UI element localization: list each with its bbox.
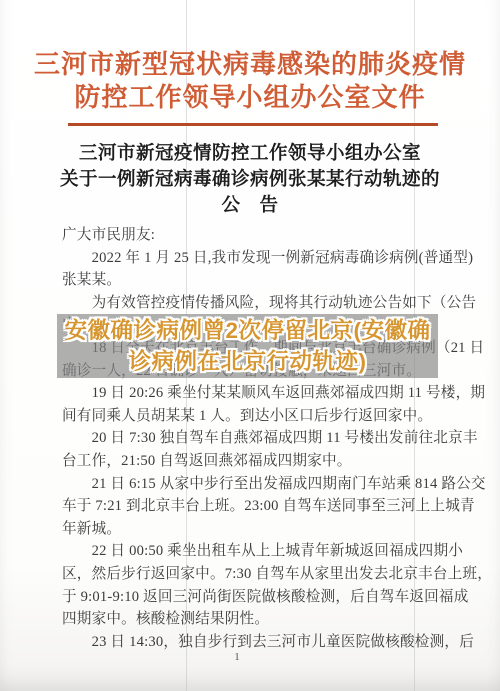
page-number: 1 [62,651,412,663]
letterhead-rule [68,123,438,126]
document-line: 间有同乘人员胡某某 1 人。到达小区口后步行返回家中。 [62,405,444,428]
document-title: 三河市新冠疫情防控工作领导小组办公室 关于一例新冠病毒确诊病例张某某行动轨迹的 … [0,141,500,219]
letterhead-line2: 防控工作领导小组办公室文件 [0,81,500,114]
news-caption-line2: 诊病例在北京行动轨迹) [129,346,367,378]
document-line: 19 日 20:26 乘坐付某某顺风车返回燕郊福成四期 11 号楼，期 [62,382,444,405]
document-title-line2: 关于一例新冠病毒确诊病例张某某行动轨迹的 [0,167,500,193]
document-line: 于 9:01-9:10 返回三河尚街医院做核酸检测，后自驾车返回福成 [62,586,444,609]
document-line: 广大市民朋友: [62,224,444,247]
document-line: 台工作，21:50 自驾返回燕郊福成四期家中。 [62,450,444,473]
document-line: 22 日 00:50 乘坐出租车从上上城青年新城返回福成四期小 [62,540,444,563]
document-page: 三河市新型冠状病毒感染的肺炎疫情 防控工作领导小组办公室文件 三河市新冠疫情防控… [0,0,500,691]
news-caption-line1: 安徽确诊病例曾2次停留北京(安徽确 [64,315,430,347]
document-line: 2022 年 1 月 25 日,我市发现一例新冠病毒确诊病例(普通型) [62,247,444,270]
letterhead-line1: 三河市新型冠状病毒感染的肺炎疫情 [0,48,500,81]
document-line: 为有效管控疫情传播风险，现将其行动轨迹公告如下（公告 [62,292,444,315]
document-line: 20 日 7:30 独自驾车自燕郊福成四期 11 号楼出发前往北京丰 [62,427,444,450]
document-body: 广大市民朋友: 2022 年 1 月 25 日,我市发现一例新冠病毒确诊病例(普… [62,224,444,653]
document-line: 区，然后步行返回家中。7:30 自驾车从家里出发去北京丰台上班， [62,563,444,586]
document-line: 四期家中。核酸检测结果阴性。 [62,608,444,631]
document-line: 年新城。 [62,518,444,541]
document-line: 车于 7:21 到北京丰台上班。23:00 自驾车送同事至三河上上城青 [62,495,444,518]
letterhead: 三河市新型冠状病毒感染的肺炎疫情 防控工作领导小组办公室文件 [0,48,500,114]
document-line: 张某某。 [62,269,444,292]
document-title-line3: 公 告 [0,193,500,219]
document-line: 23 日 14:30，独自步行到去三河市儿童医院做核酸检测，后 [62,631,444,654]
document-title-line1: 三河市新冠疫情防控工作领导小组办公室 [0,141,500,167]
document-line: 21 日 6:15 从家中步行至出发福成四期南门车站乘 814 路公交 [62,473,444,496]
news-caption-band: 安徽确诊病例曾2次停留北京(安徽确 诊病例在北京行动轨迹) [57,314,438,378]
